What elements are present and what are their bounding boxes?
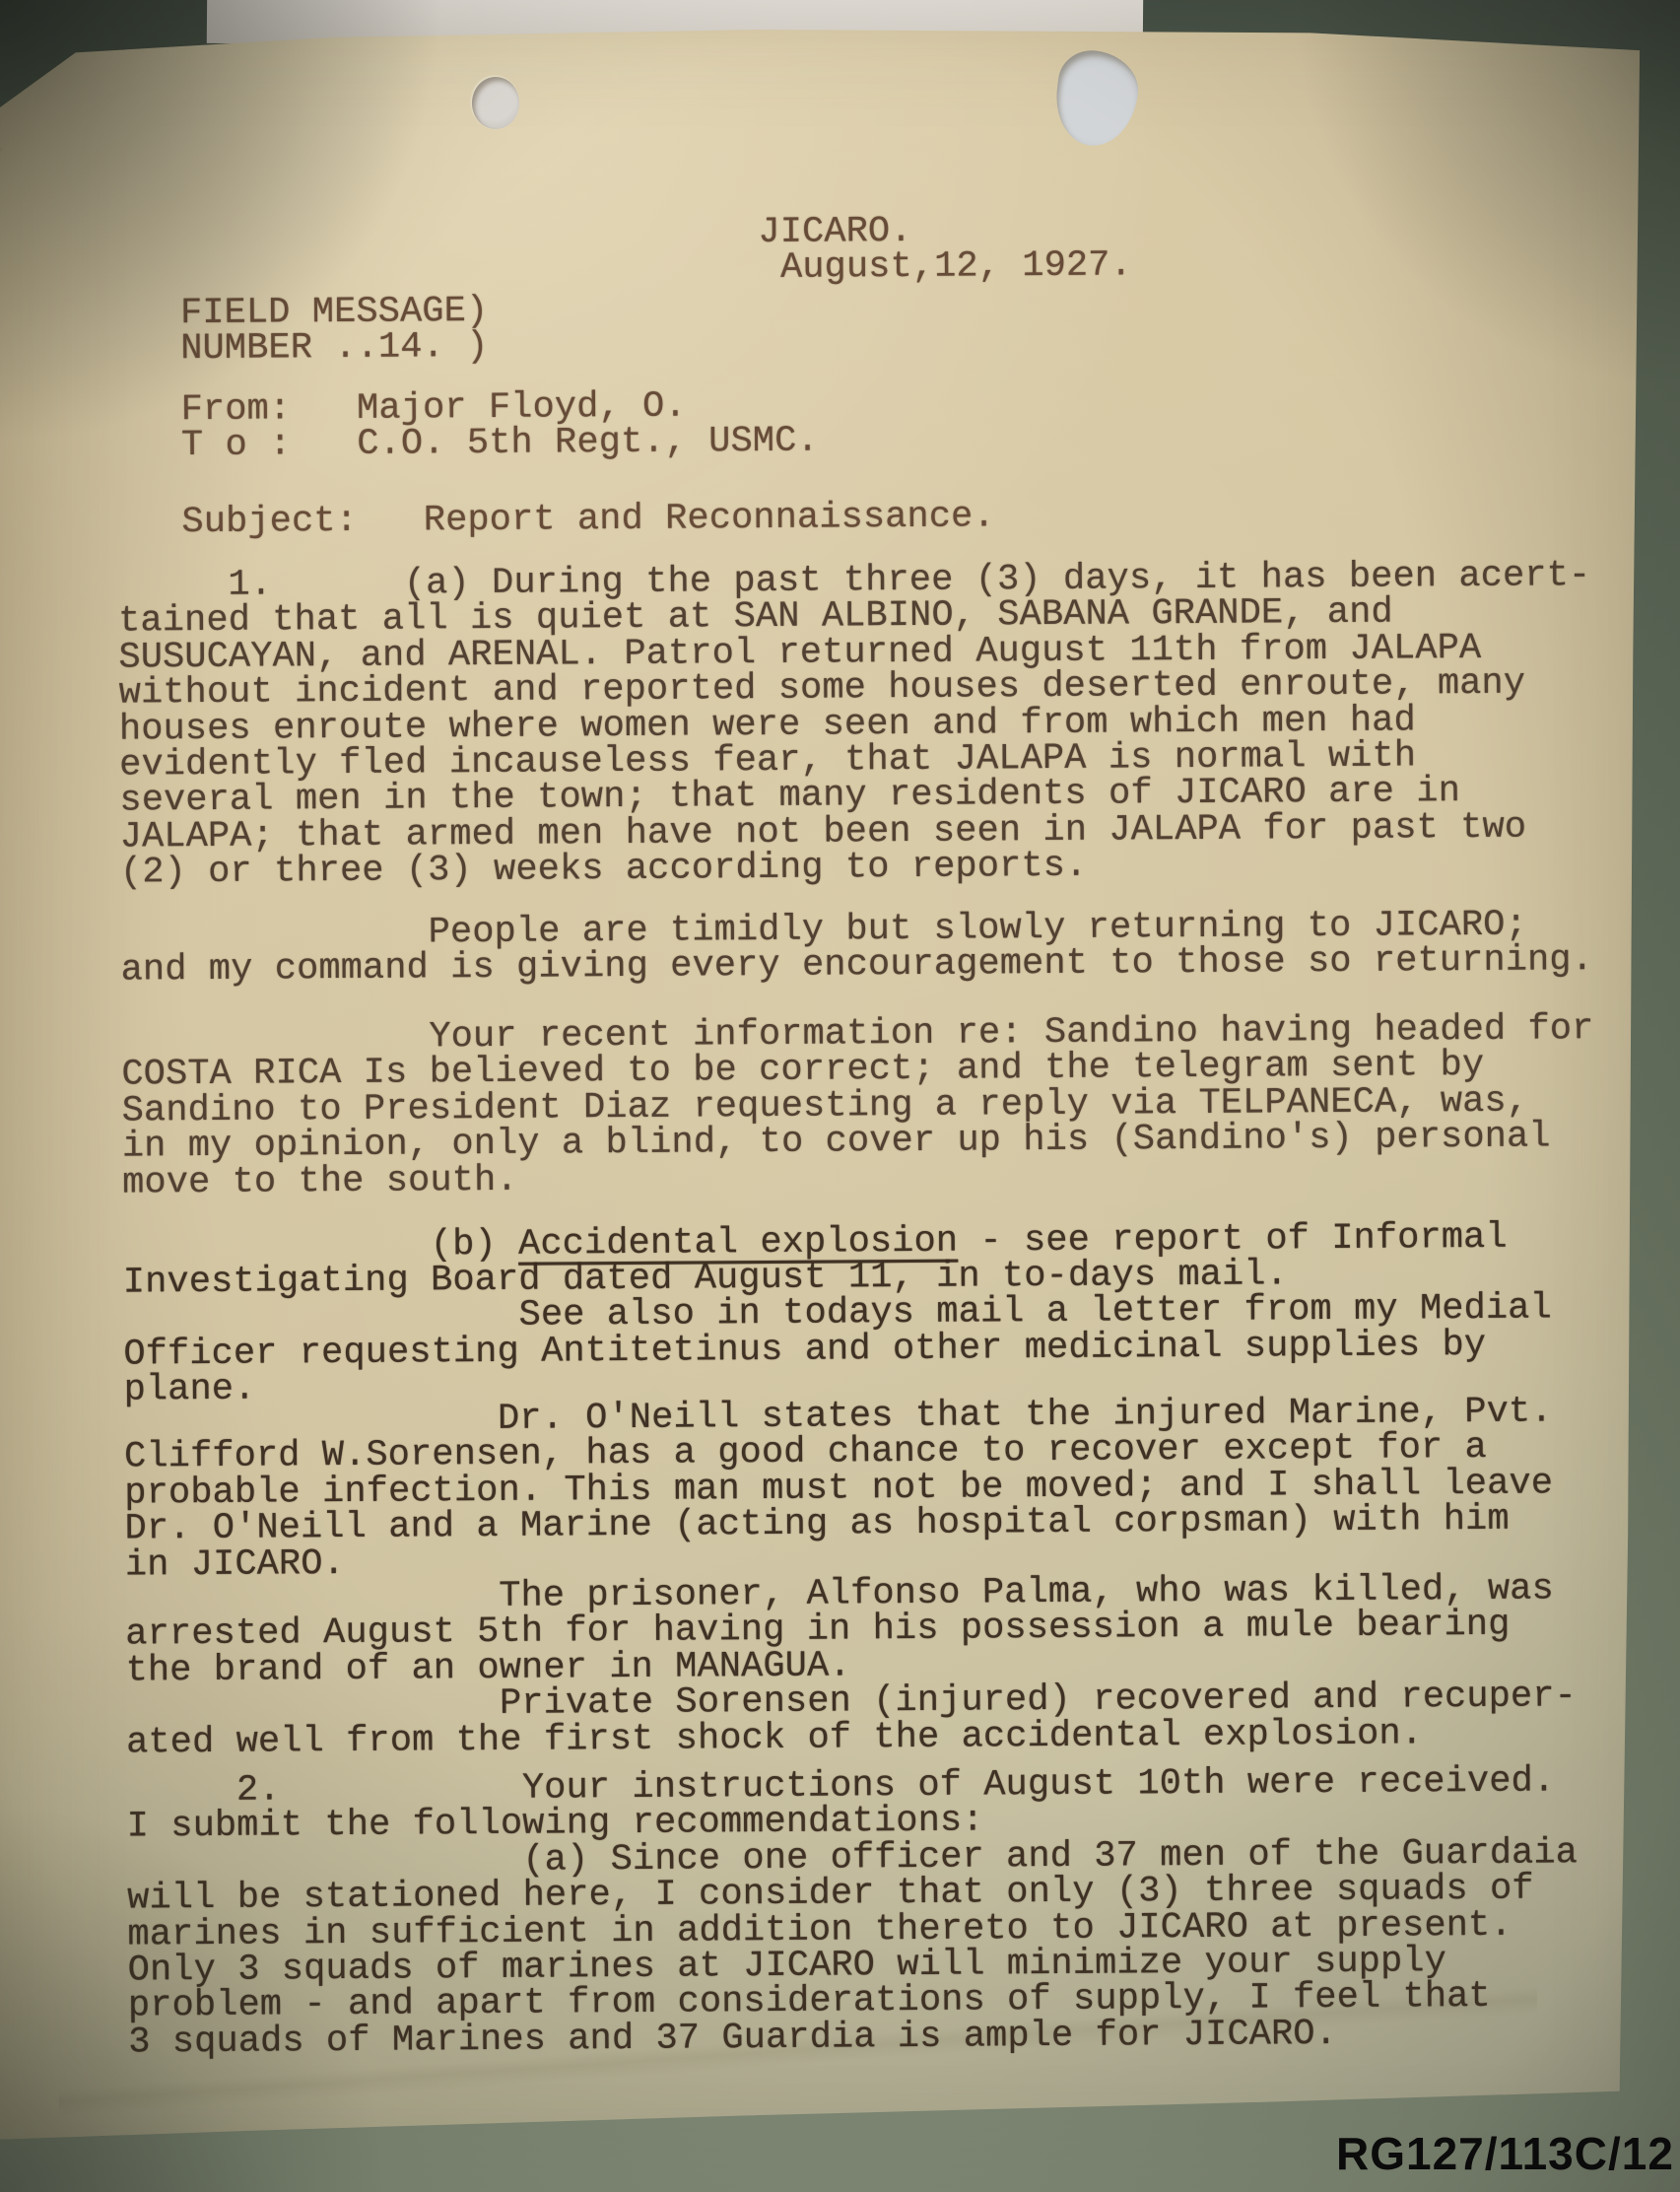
from-to-lines: From: Major Floyd, O. T o : C.O. 5th Reg… [181, 388, 819, 464]
subject-line: Subject: Report and Reconnaissance. [181, 499, 994, 540]
paragraph-1b-body: Investigating Board dated August 11, in … [123, 1255, 1553, 1408]
field-message-number: FIELD MESSAGE) NUMBER ..14. ) [180, 294, 489, 368]
paragraph-1a: 1. (a) During the past three (3) days, i… [118, 558, 1593, 891]
paragraph-sandino-info: Your recent information re: Sandino havi… [121, 1011, 1595, 1200]
paragraph-people-returning: People are timidly but slowly returning … [120, 907, 1593, 989]
paragraph-oneill: Dr. O'Neill states that the injured Mari… [124, 1394, 1554, 1583]
photo-backdrop: JICARO. August,12, 1927. FIELD MESSAGE) … [0, 0, 1680, 2192]
paragraph-prisoner: The prisoner, Alfonso Palma, who was kil… [125, 1571, 1577, 1760]
dateline: JICARO. August,12, 1927. [758, 212, 1132, 286]
archive-reference-label: RG127/113C/12 [1336, 2127, 1674, 2180]
paragraph-2-recommendations: 2. Your instructions of August 10th were… [126, 1763, 1579, 2061]
typed-text-layer: JICARO. August,12, 1927. FIELD MESSAGE) … [0, 0, 1680, 2192]
